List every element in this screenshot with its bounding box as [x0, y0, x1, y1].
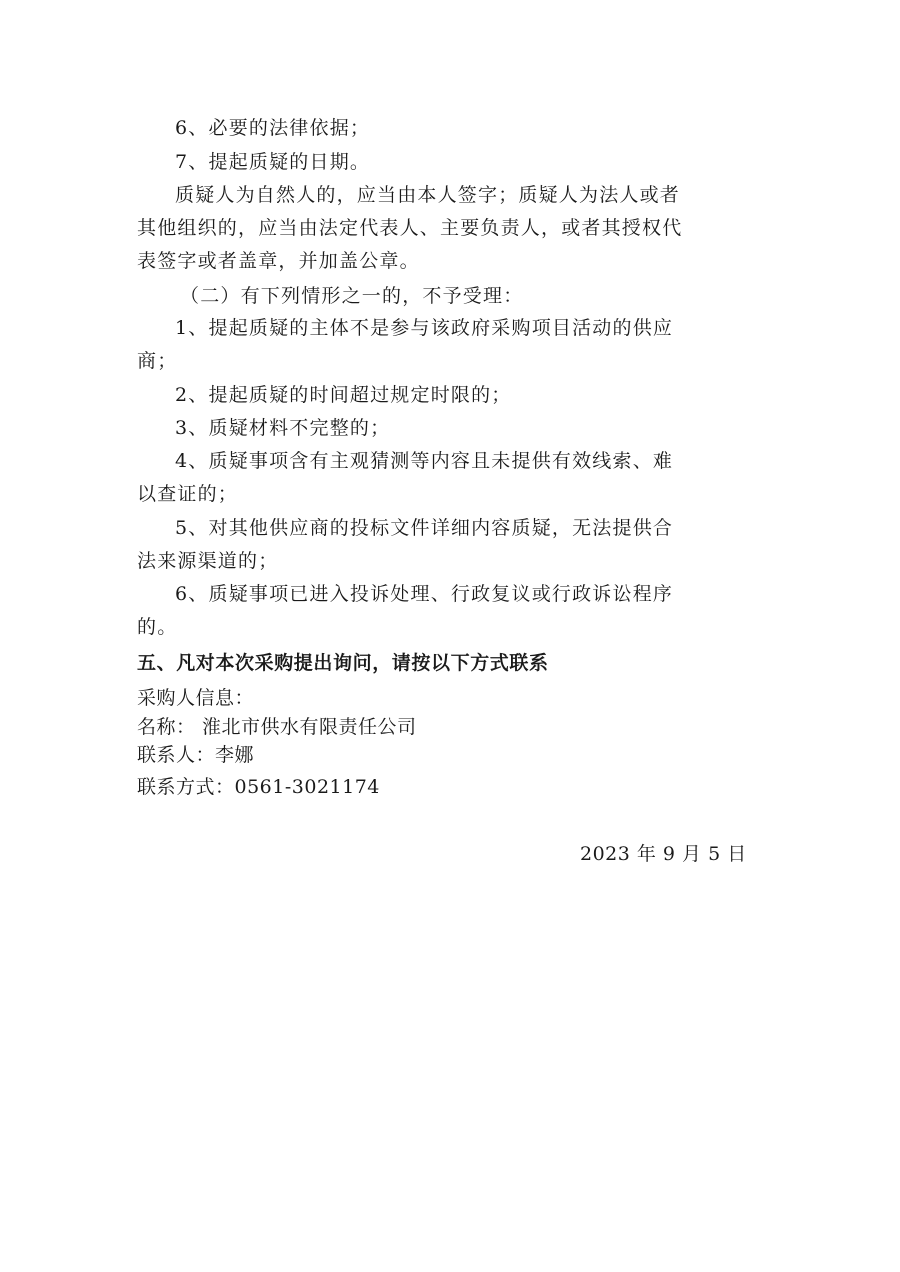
contact-section-heading: 五、凡对本次采购提出询问，请按以下方式联系 [137, 651, 549, 675]
requirement-item-6: 6、必要的法律依据； [175, 116, 370, 140]
purchaser-info-label: 采购人信息： [137, 686, 254, 710]
document-page: 6、必要的法律依据； 7、提起质疑的日期。 质疑人为自然人的，应当由本人签字；质… [0, 0, 900, 1272]
requirement-item-7: 7、提起质疑的日期。 [175, 150, 370, 174]
contact-phone: 联系方式：0561-3021174 [137, 775, 380, 799]
signature-paragraph-line-3: 表签字或者盖章，并加盖公章。 [137, 249, 420, 273]
rejection-item-1-line-1: 1、提起质疑的主体不是参与该政府采购项目活动的供应 [175, 316, 673, 340]
rejection-item-3: 3、质疑材料不完整的； [175, 416, 390, 440]
contact-person: 联系人：李娜 [137, 743, 254, 767]
rejection-item-4-line-2: 以查证的； [137, 482, 238, 506]
signature-paragraph-line-1: 质疑人为自然人的，应当由本人签字；质疑人为法人或者 [175, 183, 680, 207]
rejection-item-2: 2、提起质疑的时间超过规定时限的； [175, 383, 512, 407]
purchaser-name: 名称： 淮北市供水有限责任公司 [137, 715, 417, 739]
rejection-item-1-line-2: 商； [137, 349, 177, 373]
rejection-item-5-line-2: 法来源渠道的； [137, 549, 278, 573]
rejection-item-6-line-1: 6、质疑事项已进入投诉处理、行政复议或行政诉讼程序 [175, 582, 673, 606]
rejection-heading: （二）有下列情形之一的，不予受理： [180, 284, 523, 308]
rejection-item-4-line-1: 4、质疑事项含有主观猜测等内容且未提供有效线索、难 [175, 449, 673, 473]
document-date: 2023 年 9 月 5 日 [580, 842, 747, 866]
signature-paragraph-line-2: 其他组织的，应当由法定代表人、主要负责人，或者其授权代 [137, 216, 682, 240]
rejection-item-5-line-1: 5、对其他供应商的投标文件详细内容质疑，无法提供合 [175, 516, 673, 540]
rejection-item-6-line-2: 的。 [137, 615, 177, 639]
